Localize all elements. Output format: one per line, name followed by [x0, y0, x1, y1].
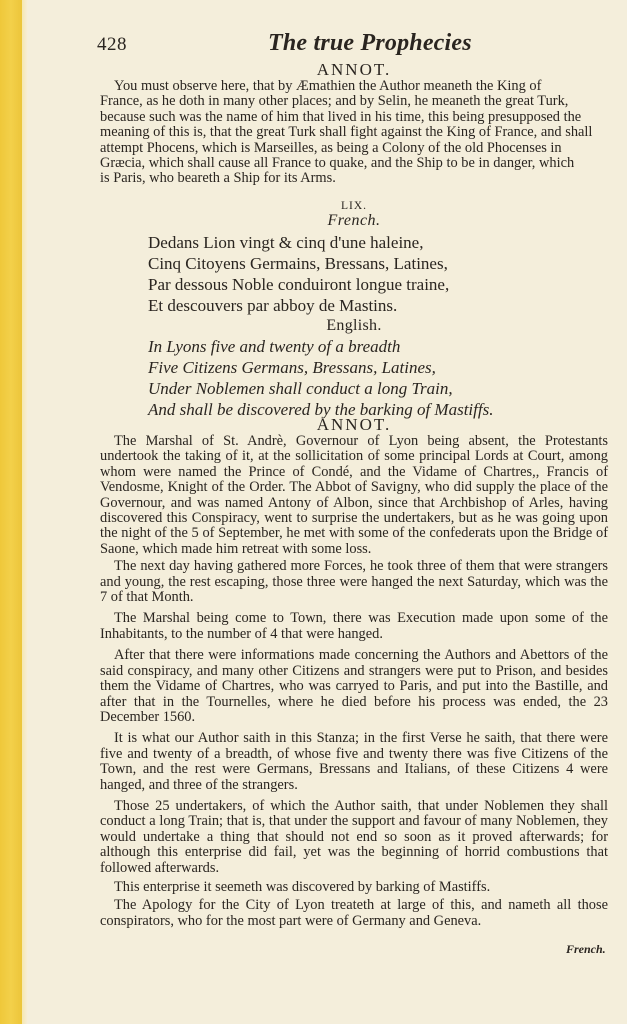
- text-line: Græcia, which shall cause all France to …: [100, 156, 608, 171]
- text-line: meaning of this is, that the great Turk …: [100, 125, 608, 140]
- english-label: English.: [100, 317, 608, 335]
- text-line: because such was the name of him that li…: [100, 110, 608, 125]
- french-label: French.: [100, 212, 608, 230]
- verse-line: Et descouvers par abboy de Mastins.: [148, 295, 627, 316]
- page-number: 428: [97, 34, 127, 56]
- paragraph: The next day having gathered more Forces…: [100, 559, 608, 605]
- annot-heading-1: ANNOT.: [100, 61, 608, 79]
- text-line: France, as he doth in many other places;…: [100, 94, 608, 109]
- catchword: French.: [566, 942, 606, 957]
- french-verse: Dedans Lion vingt & cinq d'une haleine, …: [100, 232, 627, 316]
- verse-line: Par dessous Noble conduiront longue trai…: [148, 274, 627, 295]
- verse-line: In Lyons five and twenty of a breadth: [148, 336, 627, 357]
- paragraph: It is what our Author saith in this Stan…: [100, 731, 608, 793]
- annot-2-body: The Marshal of St. Andrè, Governour of L…: [100, 434, 608, 929]
- verse-line: Cinq Citoyens Germains, Bressans, Latine…: [148, 253, 627, 274]
- annot-heading-2: ANNOT.: [100, 416, 608, 434]
- verse-line: Dedans Lion vingt & cinq d'une haleine,: [148, 232, 627, 253]
- text-line: attempt Phocens, which is Marseilles, as…: [100, 141, 608, 156]
- paragraph: Those 25 undertakers, of which the Autho…: [100, 799, 608, 876]
- text-line: You must observe here, that by Æmathien …: [100, 79, 608, 94]
- paragraph: The Marshal of St. Andrè, Governour of L…: [100, 434, 608, 557]
- paragraph: The Marshal being come to Town, there wa…: [100, 611, 608, 642]
- book-binding-edge: [0, 0, 22, 1024]
- annot-1-body: You must observe here, that by Æmathien …: [100, 79, 608, 187]
- running-head: The true Prophecies: [268, 30, 472, 57]
- paragraph: This enterprise it seemeth was discovere…: [100, 880, 608, 895]
- paragraph: After that there were informations made …: [100, 648, 608, 725]
- verse-line: Five Citizens Germans, Bressans, Latines…: [148, 357, 627, 378]
- english-verse: In Lyons five and twenty of a breadth Fi…: [100, 336, 627, 420]
- text-line: is Paris, who beareth a Ship for its Arm…: [100, 171, 608, 186]
- verse-line: Under Noblemen shall conduct a long Trai…: [148, 378, 627, 399]
- paragraph: The Apology for the City of Lyon treatet…: [100, 898, 608, 929]
